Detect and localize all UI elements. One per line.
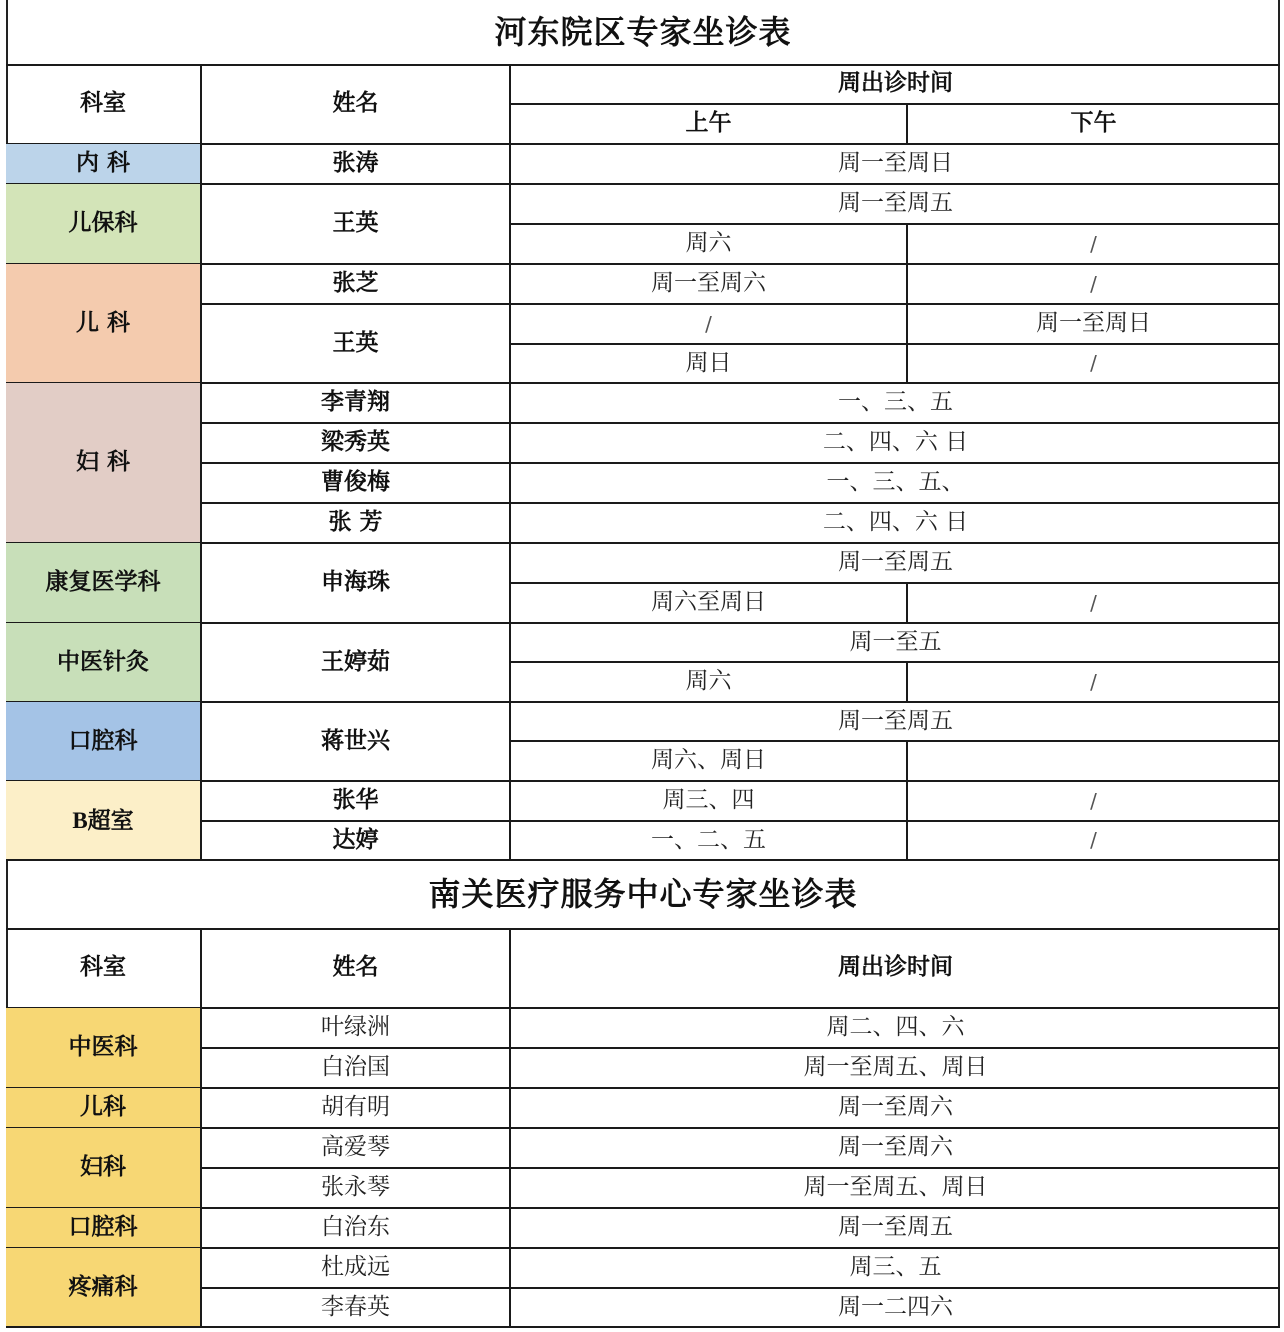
dept-kangfu: 康复医学科 [6, 543, 202, 624]
schedule-cell: 二、四、六 日 [511, 503, 1280, 544]
doctor-name: 张芝 [202, 264, 511, 305]
dept-kouqiang: 口腔科 [6, 1208, 202, 1249]
doctor-name: 梁秀英 [202, 423, 511, 464]
schedule-am: 一、二、五 [511, 821, 908, 861]
dept-kouqiang: 口腔科 [6, 702, 202, 782]
schedule-cell: 周一至周五、周日 [511, 1168, 1280, 1209]
schedule-cell: 周一至周六 [511, 1128, 1280, 1169]
doctor-name: 蒋世兴 [202, 702, 511, 782]
doctor-name: 白治国 [202, 1048, 511, 1089]
header-weekly-time: 周出诊时间 [511, 64, 1280, 105]
dept-erke: 儿 科 [6, 264, 202, 384]
schedule-cell: 周一二四六 [511, 1288, 1280, 1328]
doctor-name: 白治东 [202, 1208, 511, 1249]
doctor-name: 李青翔 [202, 383, 511, 424]
dept-erbaoke: 儿保科 [6, 184, 202, 265]
doctor-name: 杜成远 [202, 1248, 511, 1289]
header-name: 姓名 [202, 928, 511, 1009]
doctor-name: 李春英 [202, 1288, 511, 1328]
schedule-am: 周一至周六 [511, 264, 908, 305]
doctor-name: 张永琴 [202, 1168, 511, 1209]
schedule-pm: / [907, 781, 1280, 822]
schedule-cell: 周一至周五 [511, 543, 1280, 584]
header-weekly-time: 周出诊时间 [511, 928, 1280, 1009]
nanguan-title: 南关医疗服务中心专家坐诊表 [6, 860, 1280, 930]
schedule-pm: / [907, 583, 1280, 624]
schedule-am: / [511, 304, 908, 345]
doctor-name: 胡有明 [202, 1088, 511, 1129]
schedule-cell: 周一至周六 [511, 1088, 1280, 1129]
doctor-name: 张涛 [202, 144, 511, 185]
dept-tengtong: 疼痛科 [6, 1248, 202, 1328]
schedule-cell: 周一至周五 [511, 184, 1280, 225]
dept-fuke: 妇 科 [6, 383, 202, 544]
doctor-name: 张华 [202, 781, 511, 822]
doctor-name: 王英 [202, 304, 511, 384]
schedule-cell: 二、四、六 日 [511, 423, 1280, 464]
doctor-name: 张 芳 [202, 503, 511, 544]
header-pm: 下午 [907, 104, 1280, 145]
header-dept: 科室 [6, 64, 202, 145]
schedule-am: 周六 [511, 224, 908, 265]
dept-zhongyi: 中医科 [6, 1008, 202, 1089]
schedule-cell: 周一至五 [511, 623, 1280, 663]
schedule-cell: 周一至周五 [511, 702, 1280, 742]
doctor-name: 达婷 [202, 821, 511, 861]
header-am: 上午 [511, 104, 908, 145]
doctor-name: 高爱琴 [202, 1128, 511, 1169]
doctor-name: 王英 [202, 184, 511, 265]
schedule-cell: 周三、五 [511, 1248, 1280, 1289]
doctor-name: 申海珠 [202, 543, 511, 624]
schedule-am: 周六、周日 [511, 741, 908, 782]
doctor-name: 王婷茹 [202, 623, 511, 703]
schedule-cell: 周一至周五 [511, 1208, 1280, 1249]
schedule-am: 周三、四 [511, 781, 908, 822]
schedule-cell: 一、三、五、 [511, 463, 1280, 504]
header-dept: 科室 [6, 928, 202, 1009]
dept-fuke: 妇科 [6, 1128, 202, 1209]
schedule-cell: 一、三、五 [511, 383, 1280, 424]
schedule-am: 周日 [511, 344, 908, 384]
schedule-cell: 周二、四、六 [511, 1008, 1280, 1049]
doctor-name: 曹俊梅 [202, 463, 511, 504]
schedule-pm [907, 741, 1280, 782]
dept-erke: 儿科 [6, 1088, 202, 1129]
schedule-am: 周六 [511, 662, 908, 703]
dept-zhenjiu: 中医针灸 [6, 623, 202, 703]
doctor-name: 叶绿洲 [202, 1008, 511, 1049]
schedule-pm: / [907, 344, 1280, 384]
schedule-pm: / [907, 224, 1280, 265]
schedule-pm: 周一至周日 [907, 304, 1280, 345]
header-name: 姓名 [202, 64, 511, 145]
schedule-cell: 周一至周五、周日 [511, 1048, 1280, 1089]
dept-bchao: B超室 [6, 781, 202, 861]
schedule-cell: 周一至周日 [511, 144, 1280, 185]
schedule-pm: / [907, 662, 1280, 703]
hedong-title: 河东院区专家坐诊表 [6, 0, 1280, 66]
schedule-am: 周六至周日 [511, 583, 908, 624]
schedule-pm: / [907, 264, 1280, 305]
dept-neike: 内 科 [6, 144, 202, 185]
schedule-pm: / [907, 821, 1280, 861]
